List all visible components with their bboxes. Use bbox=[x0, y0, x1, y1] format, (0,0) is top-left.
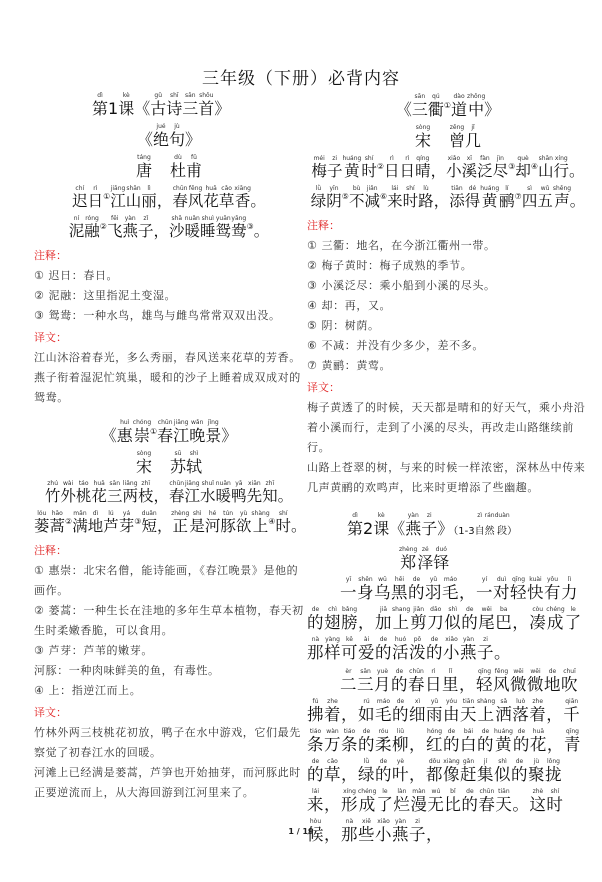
poem3-note: ② 梅子黄时：梅子成熟的季节。 bbox=[307, 256, 589, 276]
poem3-note: ④ 却：再，又。 bbox=[307, 296, 589, 316]
poem3-title: 《三sān衢qú①道dào中zhōng》 bbox=[307, 92, 589, 124]
poem3-note: ⑥ 不减：并没有少多少，差不多。 bbox=[307, 336, 589, 356]
poem1-translation-label: 译文： bbox=[34, 328, 304, 348]
poem2-author: 宋sòng苏sū轼shì bbox=[34, 450, 304, 480]
lesson2-section: 第dì2课kè《燕yàn子zi》（1-3自zì然rán段duàn） 郑zhèng… bbox=[307, 512, 589, 850]
poem2-note: ④ 上：指逆江而上。 bbox=[34, 681, 304, 701]
poem1-notes-label: 注释： bbox=[34, 246, 304, 266]
lesson2-paragraph-2: 二èr三sān月yuè的de春chūn日rì里lǐ，轻qīng风fēng微wēi… bbox=[307, 668, 589, 850]
lesson2-heading: 第dì2课kè《燕yàn子zi》（1-3自zì然rán段duàn） bbox=[307, 512, 589, 546]
poem3-line-1: 梅méi子zi黄huáng时shí②日rì日rì晴qíng，小xiǎo溪xī泛f… bbox=[307, 154, 589, 184]
poem3-translation: 山路上苍翠的树，与来的时候一样浓密，深林丛中传来几声黄鹂的欢鸣声，比来时更增添了… bbox=[307, 458, 589, 498]
poem2-translation: 河滩上已经满是蒌蒿，芦笋也开始抽芽，而河豚此时正要逆流而上，从大海回游到江河里来… bbox=[34, 763, 304, 803]
poem1-translation: 江山沐浴着春光，多么秀丽，春风送来花草的芳香。 bbox=[34, 348, 304, 368]
page-indicator: 1 / 19 bbox=[0, 827, 602, 836]
poem2-note: 河豚：一种肉味鲜美的鱼，有毒性。 bbox=[34, 661, 304, 681]
poem2-translation: 竹林外两三枝桃花初放，鸭子在水中游戏，它们最先察觉了初春江水的回暖。 bbox=[34, 723, 304, 763]
left-column: 第dì1课kè《古gǔ诗shī三sān首shǒu》 《绝jué句jù》 唐tán… bbox=[34, 92, 304, 803]
page-title: 三年级（下册）必背内容 bbox=[0, 64, 602, 89]
poem3-notes-label: 注释： bbox=[307, 216, 589, 236]
poem1-translation: 燕子衔着湿泥忙筑巢，暖和的沙子上睡着成双成对的鸳鸯。 bbox=[34, 368, 304, 408]
poem1-title: 《绝jué句jù》 bbox=[34, 123, 304, 154]
poem1-line-2: 泥ní融róng②飞fēi燕yàn子zǐ，沙shā暖nuǎn睡shuì鸳yuān… bbox=[34, 214, 304, 244]
poem3-author: 宋sòng曾zēng几jǐ bbox=[307, 124, 589, 154]
poem2-line-2: 蒌lóu蒿hāo②满mǎn地dì芦lú芽yá③短duǎn，正zhèng是shì河… bbox=[34, 509, 304, 539]
poem3-line-2: 绿lǜ阴yīn⑤不bù减jiǎn⑥来lái时shí路lù，添tiān得dé黄hu… bbox=[307, 184, 589, 214]
poem1-note: ③ 鸳鸯：一种水鸟，雄鸟与雌鸟常常双双出没。 bbox=[34, 306, 304, 326]
poem2-note: ① 惠崇：北宋名僧，能诗能画，《春江晚景》是他的画作。 bbox=[34, 561, 304, 601]
poem3-note: ③ 小溪泛尽：乘小船到小溪的尽头。 bbox=[307, 276, 589, 296]
poem1-author: 唐táng杜dù甫fǔ bbox=[34, 154, 304, 184]
poem1-line-1: 迟chí日rì①江jiāng山shān丽lì，春chūn风fēng花huā草cǎ… bbox=[34, 184, 304, 214]
poem2-note: ② 蒌蒿：一种生长在洼地的多年生草本植物，春天初生时柔嫩香脆，可以食用。 bbox=[34, 601, 304, 641]
lesson2-author: 郑zhèng泽zé铎duó bbox=[307, 546, 589, 576]
poem3-translation-label: 译文： bbox=[307, 378, 589, 398]
poem3-note: ① 三衢：地名，在今浙江衢州一带。 bbox=[307, 236, 589, 256]
right-column: 《三sān衢qú①道dào中zhōng》 宋sòng曾zēng几jǐ 梅méi子… bbox=[307, 92, 589, 850]
poem2-line-1: 竹zhú外wài桃táo花huā三sān两liǎng枝zhī，春chūn江jiā… bbox=[34, 480, 304, 509]
poem3-translation: 梅子黄透了的时候，天天都是晴和的好天气，乘小舟沿着小溪而行，走到了小溪的尽头，再… bbox=[307, 398, 589, 458]
poem3-note: ⑦ 黄鹂：黄莺。 bbox=[307, 356, 589, 376]
poem2-title: 《惠huì崇chóng①春chūn江jiāng晚wǎn景jǐng》 bbox=[34, 418, 304, 450]
poem2-notes-label: 注释： bbox=[34, 541, 304, 561]
lesson2-paragraph-1: 一yī身shēn乌wū黑hēi的de羽yǔ毛máo，一yí对duì轻qīng快k… bbox=[307, 576, 589, 668]
poem3-note: ⑤ 阴：树荫。 bbox=[307, 316, 589, 336]
lesson1-heading: 第dì1课kè《古gǔ诗shī三sān首shǒu》 bbox=[34, 92, 304, 123]
poem1-note: ② 泥融：这里指泥土变湿。 bbox=[34, 286, 304, 306]
poem2-note: ③ 芦芽：芦苇的嫩芽。 bbox=[34, 641, 304, 661]
poem1-note: ① 迟日：春日。 bbox=[34, 266, 304, 286]
poem2-translation-label: 译文： bbox=[34, 703, 304, 723]
